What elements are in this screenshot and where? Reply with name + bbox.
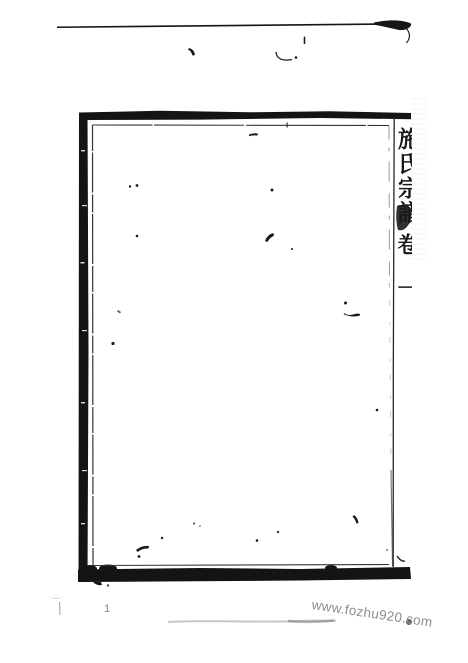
spine-title: 施氏宗譜 <box>395 127 412 237</box>
stray-marks-top <box>188 37 305 61</box>
top-scan-rule <box>57 20 411 43</box>
outer-frame-border <box>78 111 411 585</box>
inner-frame-border <box>93 123 393 567</box>
page-number: 1 <box>104 603 110 615</box>
scanned-genealogy-page: 施氏宗譜 卷一 1 www.fozhu920.com <box>0 0 468 663</box>
spine-volume-text: 卷一 <box>395 233 412 321</box>
ink-artifacts-layer <box>0 0 468 663</box>
spine-volume: 卷一 <box>395 233 412 323</box>
spine-title-text: 施氏宗譜 <box>395 127 412 225</box>
ink-specks <box>107 133 388 586</box>
